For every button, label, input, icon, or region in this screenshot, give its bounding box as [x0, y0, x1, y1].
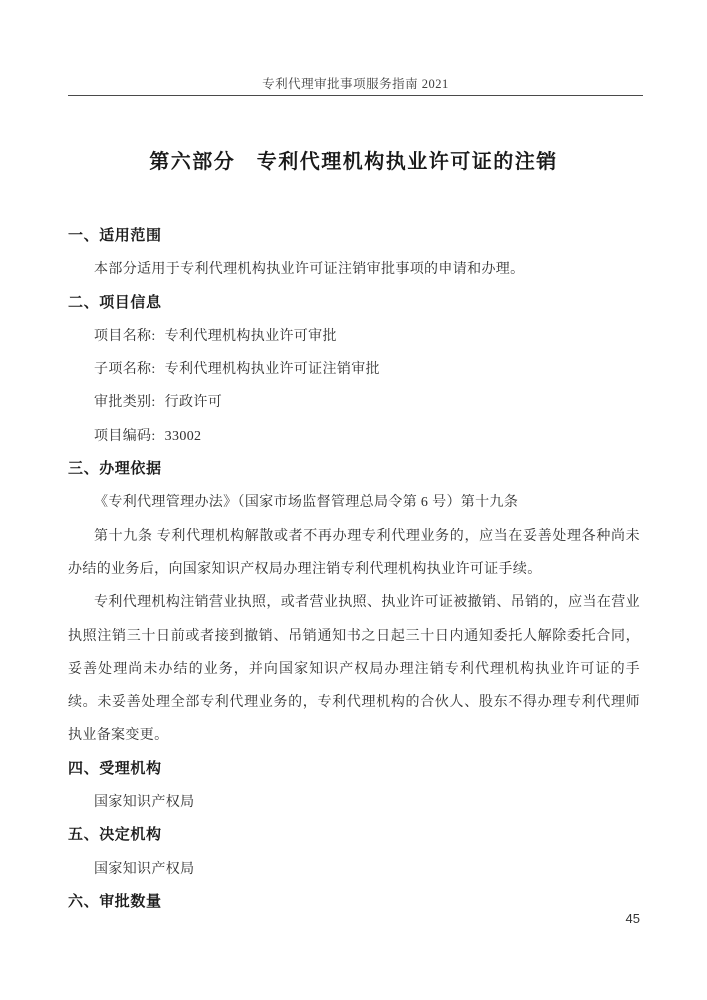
- document-page: 专利代理审批事项服务指南 2021 第六部分 专利代理机构执业许可证的注销 一、…: [0, 0, 707, 1000]
- paragraph: 国家知识产权局: [68, 786, 640, 819]
- section-heading-project-info: 二、项目信息: [68, 287, 640, 320]
- page-title: 第六部分 专利代理机构执业许可证的注销: [0, 145, 707, 174]
- info-value: 专利代理机构执业许可审批: [165, 329, 337, 344]
- section-heading-scope: 一、适用范围: [68, 220, 640, 253]
- info-row-project-name: 项目名称:专利代理机构执业许可审批: [68, 320, 640, 353]
- running-header: 专利代理审批事项服务指南 2021: [68, 76, 643, 96]
- info-label: 项目编码:: [94, 429, 156, 444]
- info-value: 行政许可: [165, 395, 222, 410]
- section-heading-accepting-authority: 四、受理机构: [68, 753, 640, 786]
- paragraph-article-19: 第十九条 专利代理机构解散或者不再办理专利代理业务的，应当在妥善处理各种尚未办结…: [68, 520, 640, 587]
- info-row-project-code: 项目编码:33002: [68, 420, 640, 453]
- paragraph: 本部分适用于专利代理机构执业许可证注销审批事项的申请和办理。: [68, 253, 640, 286]
- section-heading-deciding-authority: 五、决定机构: [68, 819, 640, 852]
- document-body: 一、适用范围 本部分适用于专利代理机构执业许可证注销审批事项的申请和办理。 二、…: [68, 220, 640, 919]
- info-row-approval-category: 审批类别:行政许可: [68, 386, 640, 419]
- info-label: 子项名称:: [94, 362, 156, 377]
- paragraph-article-19-detail: 专利代理机构注销营业执照，或者营业执照、执业许可证被撤销、吊销的，应当在营业执照…: [68, 586, 640, 752]
- section-heading-approval-quantity: 六、审批数量: [68, 886, 640, 919]
- info-label: 审批类别:: [94, 395, 156, 410]
- info-value: 33002: [165, 429, 202, 444]
- paragraph-legal-citation: 《专利代理管理办法》（国家市场监督管理总局令第 6 号）第十九条: [68, 486, 640, 519]
- section-heading-legal-basis: 三、办理依据: [68, 453, 640, 486]
- info-label: 项目名称:: [94, 329, 156, 344]
- page-number: 45: [626, 911, 640, 926]
- info-row-subitem-name: 子项名称:专利代理机构执业许可证注销审批: [68, 353, 640, 386]
- paragraph: 国家知识产权局: [68, 853, 640, 886]
- info-value: 专利代理机构执业许可证注销审批: [165, 362, 380, 377]
